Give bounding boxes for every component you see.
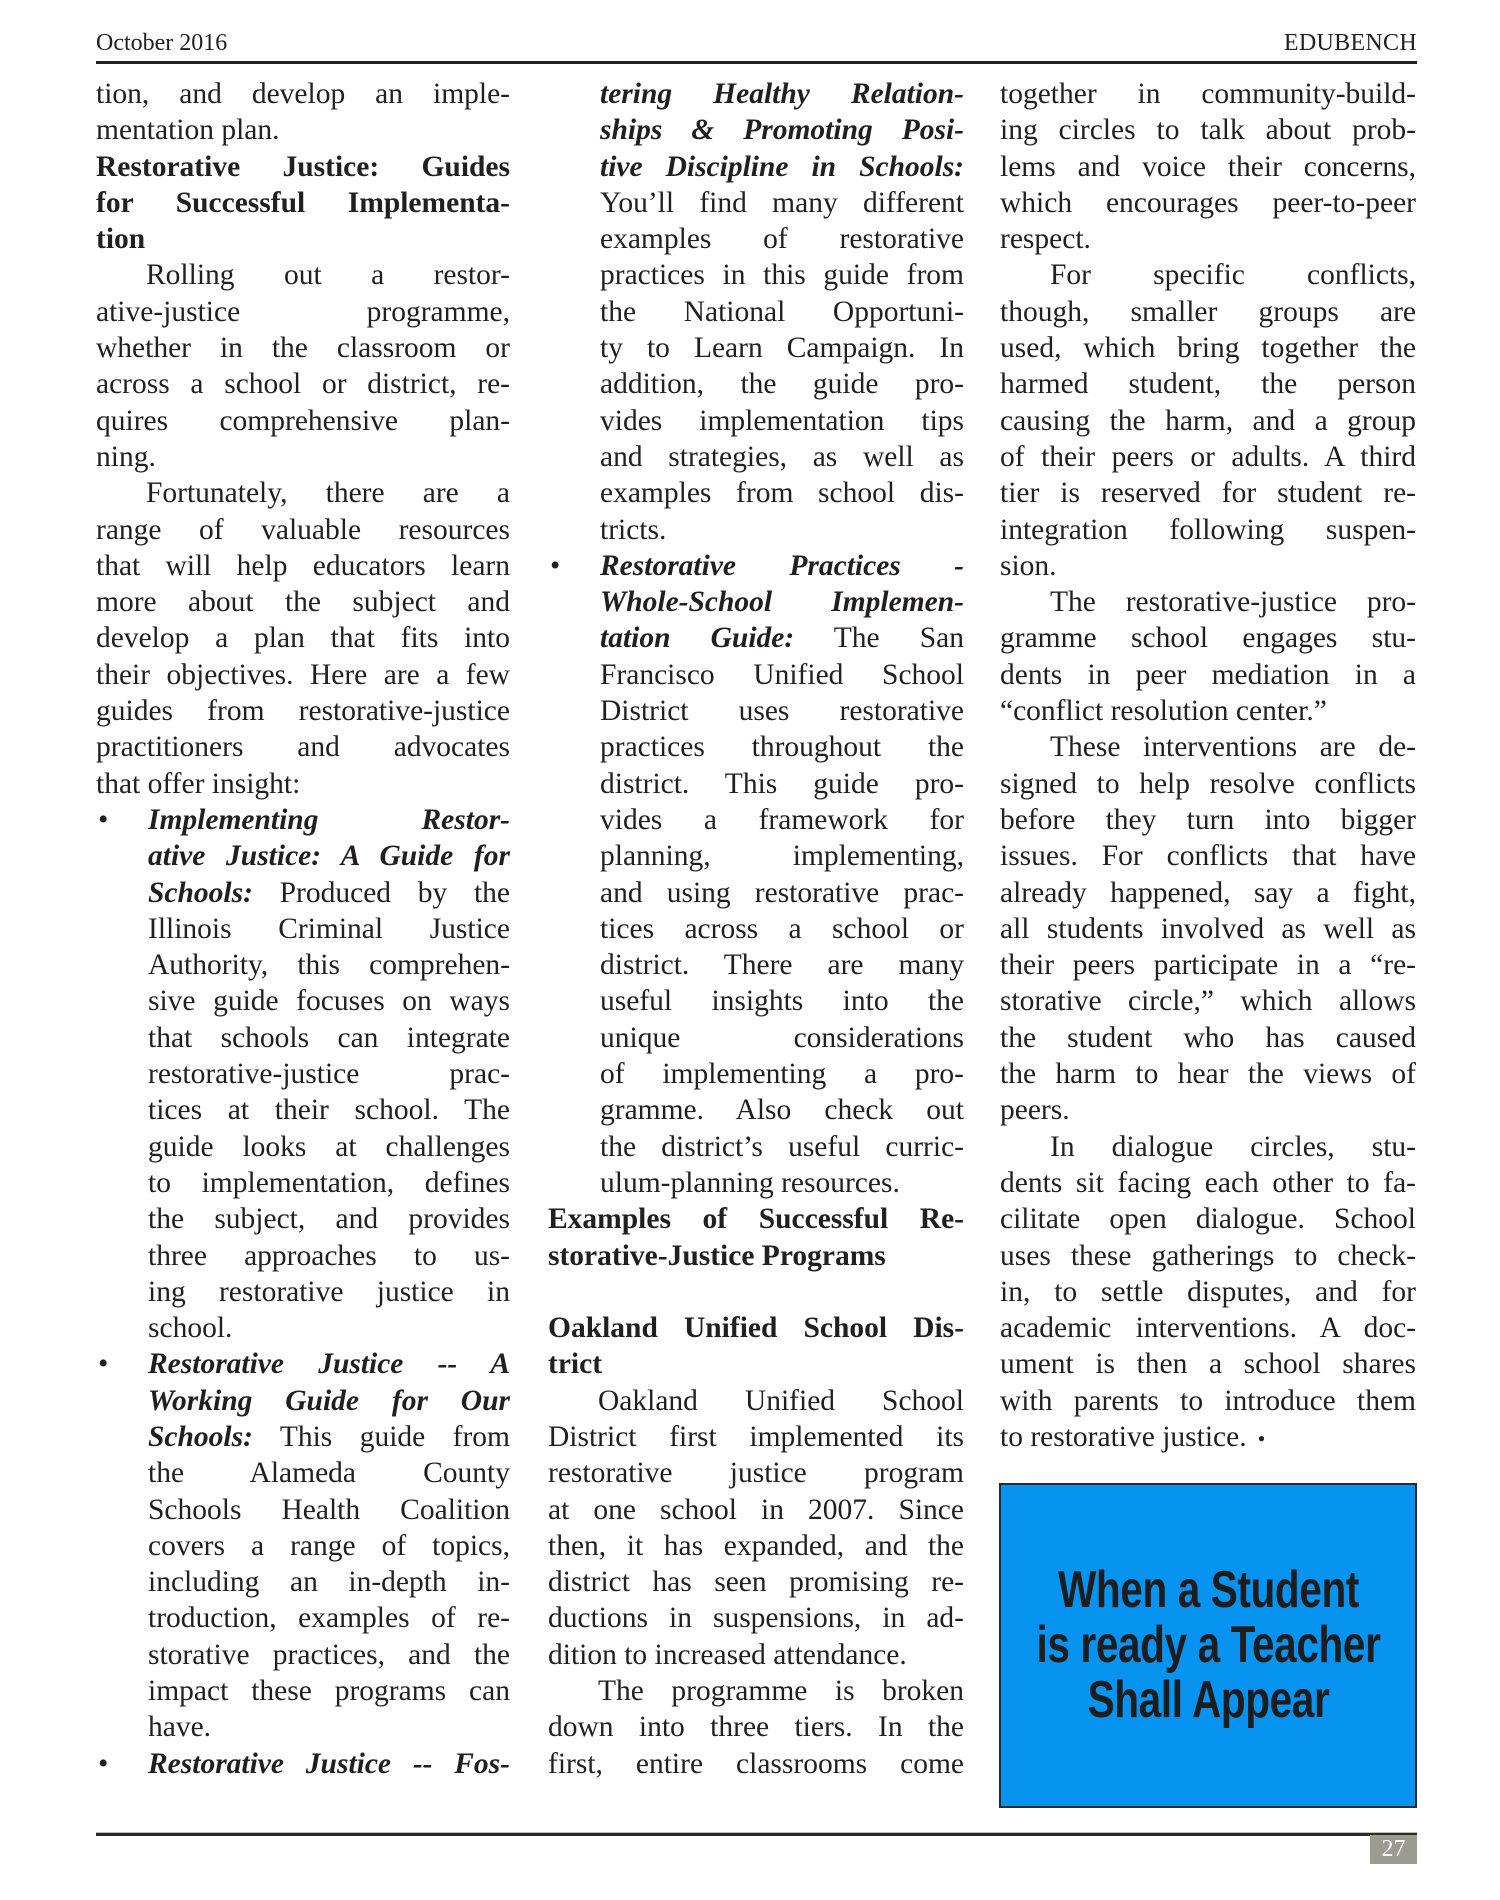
bullet-item-line: useful insights into the xyxy=(548,983,964,1019)
body-text-line: These interventions are de- xyxy=(1000,729,1416,765)
bullet-item-line: of implementing a pro- xyxy=(548,1056,964,1092)
body-text-line: sion. xyxy=(1000,548,1416,584)
bullet-item-line: tices across a school or xyxy=(548,911,964,947)
end-of-article-icon: • xyxy=(1247,1426,1266,1451)
guide-title: Restorative Justice -- Fos- xyxy=(148,1748,510,1780)
body-text-line: In dialogue circles, stu- xyxy=(1000,1129,1416,1165)
body-text-line: then, it has expanded, and the xyxy=(548,1528,964,1564)
bullet-item-line: tive Discipline in Schools: xyxy=(548,149,964,185)
bullet-item-line: gramme. Also check out xyxy=(548,1092,964,1128)
bullet-item-line: Working Guide for Our xyxy=(96,1383,510,1419)
header-rule xyxy=(96,61,1417,64)
body-text-line: that offer insight: xyxy=(96,766,510,802)
body-text-line: cilitate open dialogue. School xyxy=(1000,1201,1416,1237)
body-text-line: range of valuable resources xyxy=(96,512,510,548)
body-text-line: harmed student, the person xyxy=(1000,366,1416,402)
bullet-item-line: the subject, and provides xyxy=(96,1201,510,1237)
bullet-item-line: ing restorative justice in xyxy=(96,1274,510,1310)
bullet-item-line: troduction, examples of re- xyxy=(96,1600,510,1636)
bullet-item-line: Implementing Restor- xyxy=(96,802,510,838)
bullet-item-line: practices throughout the xyxy=(548,729,964,765)
body-text-line: practitioners and advocates xyxy=(96,729,510,765)
bullet-item-line: impact these programs can xyxy=(96,1673,510,1709)
body-text-line: in, to settle disputes, and for xyxy=(1000,1274,1416,1310)
bullet-item-line: practices in this guide from xyxy=(548,257,964,293)
guide-title: Implementing Restor- xyxy=(148,804,510,836)
bullet-item-line: tricts. xyxy=(548,512,964,548)
bullet-item-line: Restorative Justice -- Fos- xyxy=(96,1746,510,1782)
article-column-2: tering Healthy Relation-ships & Promotin… xyxy=(548,76,964,1782)
body-text-line: issues. For conflicts that have xyxy=(1000,838,1416,874)
body-text-line: mentation plan. xyxy=(96,112,510,148)
page-number: 27 xyxy=(1370,1835,1417,1864)
bullet-item-line: Restorative Justice -- A xyxy=(96,1346,510,1382)
body-text-line: to restorative justice. • xyxy=(1000,1419,1416,1455)
pull-quote-line: When a Student xyxy=(1036,1563,1380,1618)
bullet-item-line: that schools can integrate xyxy=(96,1020,510,1056)
bullet-item-line: tices at their school. The xyxy=(96,1092,510,1128)
bullet-item-line: restorative-justice prac- xyxy=(96,1056,510,1092)
body-text-line: ument is then a school shares xyxy=(1000,1346,1416,1382)
body-text-line: the student who has caused xyxy=(1000,1020,1416,1056)
body-text-line: which encourages peer-to-peer xyxy=(1000,185,1416,221)
bullet-item-line: school. xyxy=(96,1310,510,1346)
bullet-item-line: tation Guide: The San xyxy=(548,620,964,656)
body-text-line: restorative justice program xyxy=(548,1455,964,1491)
body-text-line: integration following suspen- xyxy=(1000,512,1416,548)
body-text-line: gramme school engages stu- xyxy=(1000,620,1416,656)
bullet-item-line: ulum-planning resources. xyxy=(548,1165,964,1201)
guide-title: tering Healthy Relation- xyxy=(600,78,964,110)
guide-title: Restorative Practices - xyxy=(600,550,964,582)
body-text-line: more about the subject and xyxy=(96,584,510,620)
bullet-item-line: three approaches to us- xyxy=(96,1238,510,1274)
section-heading-line: Restorative Justice: Guides xyxy=(96,149,510,185)
section-heading-line: trict xyxy=(548,1346,964,1382)
bullet-item-line: planning, implementing, xyxy=(548,838,964,874)
bullet-item-line: addition, the guide pro- xyxy=(548,366,964,402)
body-text-line: already happened, say a fight, xyxy=(1000,875,1416,911)
body-text-line: ative-justice programme, xyxy=(96,294,510,330)
body-text-line: tier is reserved for student re- xyxy=(1000,475,1416,511)
body-text-line: storative circle,” which allows xyxy=(1000,983,1416,1019)
bullet-item-line: Schools Health Coalition xyxy=(96,1492,510,1528)
body-text-line: together in community-build- xyxy=(1000,76,1416,112)
guide-title: ative Justice: A Guide for xyxy=(148,840,510,872)
body-text-line: first, entire classrooms come xyxy=(548,1746,964,1782)
bullet-item-line: unique considerations xyxy=(548,1020,964,1056)
bullet-item-line: including an in-depth in- xyxy=(96,1564,510,1600)
body-text-line: of their peers or adults. A third xyxy=(1000,439,1416,475)
body-text-line: Rolling out a restor- xyxy=(96,257,510,293)
body-text-line: quires comprehensive plan- xyxy=(96,403,510,439)
bullet-item-line: covers a range of topics, xyxy=(96,1528,510,1564)
bullet-item-line: and strategies, as well as xyxy=(548,439,964,475)
bullet-item-line: vides implementation tips xyxy=(548,403,964,439)
guide-title: tive Discipline in Schools: xyxy=(600,151,964,183)
guide-title: Schools: xyxy=(148,1421,253,1453)
body-text-line: uses these gatherings to check- xyxy=(1000,1238,1416,1274)
pull-quote-line: is ready a Teacher xyxy=(1036,1618,1380,1673)
body-text-line: with parents to introduce them xyxy=(1000,1383,1416,1419)
body-text-line: ing circles to talk about prob- xyxy=(1000,112,1416,148)
body-text-line: develop a plan that fits into xyxy=(96,620,510,656)
bullet-item-line: the Alameda County xyxy=(96,1455,510,1491)
bullet-item-line: vides a framework for xyxy=(548,802,964,838)
bullet-item-line: guide looks at challenges xyxy=(96,1129,510,1165)
bullet-item-line: ty to Learn Campaign. In xyxy=(548,330,964,366)
section-heading-line: storative-Justice Programs xyxy=(548,1238,964,1274)
body-text-line: dents in peer mediation in a xyxy=(1000,657,1416,693)
article-column-3: together in community-build-ing circles … xyxy=(1000,76,1416,1455)
pull-quote-text: When a Student is ready a Teacher Shall … xyxy=(1036,1563,1380,1728)
article-column-1: tion, and develop an imple-mentation pla… xyxy=(96,76,510,1782)
body-text-line: all students involved as well as xyxy=(1000,911,1416,947)
bullet-item-line: Whole-School Implemen- xyxy=(548,584,964,620)
bullet-item-line: examples of restorative xyxy=(548,221,964,257)
blank-line xyxy=(548,1274,964,1310)
body-text-line: ductions in suspensions, in ad- xyxy=(548,1600,964,1636)
guide-title: Working Guide for Our xyxy=(148,1385,510,1417)
bullet-item-line: ships & Promoting Posi- xyxy=(548,112,964,148)
bullet-item-line: You’ll find many different xyxy=(548,185,964,221)
body-text-line: Oakland Unified School xyxy=(548,1383,964,1419)
body-text-line: The programme is broken xyxy=(548,1673,964,1709)
body-text-line: The restorative-justice pro- xyxy=(1000,584,1416,620)
bullet-item-line: to implementation, defines xyxy=(96,1165,510,1201)
bullet-item-line: Restorative Practices - xyxy=(548,548,964,584)
body-text-line: before they turn into bigger xyxy=(1000,802,1416,838)
body-text-line: causing the harm, and a group xyxy=(1000,403,1416,439)
body-text-line: their objectives. Here are a few xyxy=(96,657,510,693)
body-text-line: ning. xyxy=(96,439,510,475)
bullet-item-line: Schools: Produced by the xyxy=(96,875,510,911)
body-text-line: “conflict resolution center.” xyxy=(1000,693,1416,729)
pull-quote-line: Shall Appear xyxy=(1036,1673,1380,1728)
body-text-line: whether in the classroom or xyxy=(96,330,510,366)
body-text-line: For specific conflicts, xyxy=(1000,257,1416,293)
bullet-item-line: the district’s useful curric- xyxy=(548,1129,964,1165)
section-heading-line: tion xyxy=(96,221,510,257)
body-text-line: at one school in 2007. Since xyxy=(548,1492,964,1528)
bullet-item-line: Francisco Unified School xyxy=(548,657,964,693)
body-text-line: respect. xyxy=(1000,221,1416,257)
bullet-item-line: Authority, this comprehen- xyxy=(96,947,510,983)
body-text-line: signed to help resolve conflicts xyxy=(1000,766,1416,802)
bullet-item-line: District uses restorative xyxy=(548,693,964,729)
body-text-line: across a school or district, re- xyxy=(96,366,510,402)
guide-title: Restorative Justice -- A xyxy=(148,1348,510,1380)
footer-rule xyxy=(96,1832,1417,1836)
bullet-item-line: Illinois Criminal Justice xyxy=(96,911,510,947)
guide-title: ships & Promoting Posi- xyxy=(600,114,964,146)
bullet-item-line: have. xyxy=(96,1709,510,1745)
bullet-item-line: sive guide focuses on ways xyxy=(96,983,510,1019)
bullet-item-line: examples from school dis- xyxy=(548,475,964,511)
section-heading-line: Examples of Successful Re- xyxy=(548,1201,964,1237)
publication-name: EDUBENCH xyxy=(1284,28,1417,58)
body-text-line: guides from restorative-justice xyxy=(96,693,510,729)
issue-date: October 2016 xyxy=(96,28,227,58)
body-text-line: district has seen promising re- xyxy=(548,1564,964,1600)
guide-title: Schools: xyxy=(148,877,253,909)
body-text-line: used, which bring together the xyxy=(1000,330,1416,366)
guide-title: Whole-School Implemen- xyxy=(600,586,964,618)
bullet-item-line: the National Opportuni- xyxy=(548,294,964,330)
section-heading-line: for Successful Implementa- xyxy=(96,185,510,221)
bullet-item-line: ative Justice: A Guide for xyxy=(96,838,510,874)
section-heading-line: Oakland Unified School Dis- xyxy=(548,1310,964,1346)
bullet-item-line: Schools: This guide from xyxy=(96,1419,510,1455)
body-text-line: Fortunately, there are a xyxy=(96,475,510,511)
body-text-line: the harm to hear the views of xyxy=(1000,1056,1416,1092)
bullet-item-line: district. There are many xyxy=(548,947,964,983)
guide-title: tation Guide: xyxy=(600,622,794,654)
body-text-line: District first implemented its xyxy=(548,1419,964,1455)
body-text-line: lems and voice their concerns, xyxy=(1000,149,1416,185)
body-text-line: dition to increased attendance. xyxy=(548,1637,964,1673)
body-text-line: dents sit facing each other to fa- xyxy=(1000,1165,1416,1201)
body-text-line: that will help educators learn xyxy=(96,548,510,584)
body-text-line: though, smaller groups are xyxy=(1000,294,1416,330)
body-text-line: academic interventions. A doc- xyxy=(1000,1310,1416,1346)
bullet-item-line: and using restorative prac- xyxy=(548,875,964,911)
pull-quote-box: When a Student is ready a Teacher Shall … xyxy=(999,1483,1417,1808)
body-text-line: tion, and develop an imple- xyxy=(96,76,510,112)
bullet-item-line: tering Healthy Relation- xyxy=(548,76,964,112)
bullet-item-line: storative practices, and the xyxy=(96,1637,510,1673)
body-text-line: their peers participate in a “re- xyxy=(1000,947,1416,983)
body-text-line: down into three tiers. In the xyxy=(548,1709,964,1745)
bullet-item-line: district. This guide pro- xyxy=(548,766,964,802)
body-text-line: peers. xyxy=(1000,1092,1416,1128)
